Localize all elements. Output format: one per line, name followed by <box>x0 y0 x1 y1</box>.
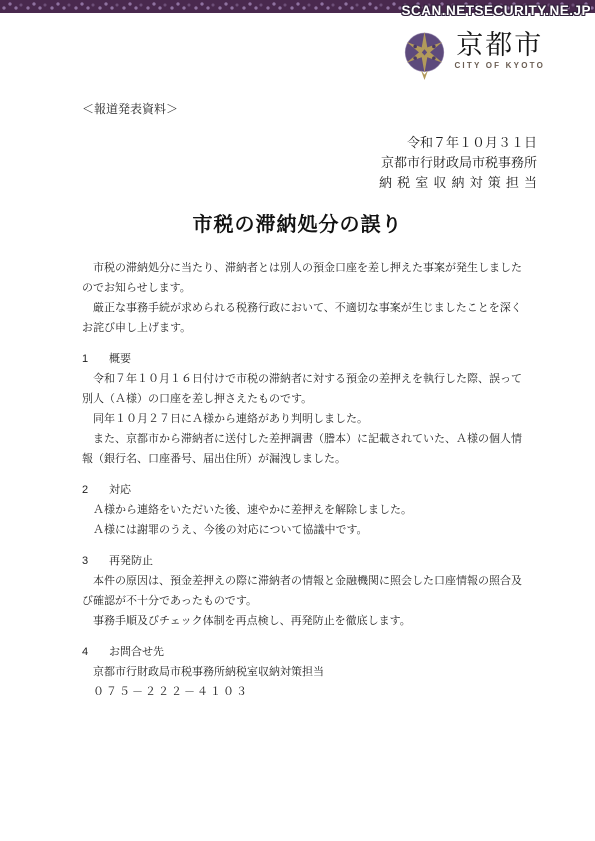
document-body: 市税の滞納処分に当たり、滞納者とは別人の預金口座を差し押えた事案が発生しましたの… <box>82 258 526 702</box>
contact-office: 京都市行財政局市税事務所納税室収納対策担当 <box>82 662 526 682</box>
section-heading-text: 再発防止 <box>109 555 153 567</box>
section-paragraph: 同年１０月２７日にＡ様から連絡があり判明しました。 <box>82 409 526 429</box>
section-number: 4 <box>82 642 109 662</box>
section-heading: 1概要 <box>82 349 526 369</box>
section-paragraph: Ａ様から連絡をいただいた後、速やかに差押えを解除しました。 <box>82 500 526 520</box>
intro-paragraph: 市税の滞納処分に当たり、滞納者とは別人の預金口座を差し押えた事案が発生しましたの… <box>82 258 526 298</box>
header-date-office: 令和７年１０月３１日 京都市行財政局市税事務所 納税室収納対策担当 <box>379 133 537 193</box>
logo-city-name: 京都市 <box>456 30 543 60</box>
section-heading: 3再発防止 <box>82 551 526 571</box>
office-line2: 納税室収納対策担当 <box>379 173 537 193</box>
intro-paragraphs: 市税の滞納処分に当たり、滞納者とは別人の預金口座を差し押えた事案が発生しましたの… <box>82 258 526 338</box>
intro-paragraph: 厳正な事務手続が求められる税務行政において、不適切な事案が生じましたことを深くお… <box>82 298 526 338</box>
section-contact: 4お問合せ先 京都市行財政局市税事務所納税室収納対策担当 ０７５－２２２－４１０… <box>82 642 526 702</box>
section-overview: 1概要 令和７年１０月１６日付けで市税の滞納者に対する預金の差押えを執行した際、… <box>82 349 526 469</box>
kyoto-city-emblem-icon <box>402 30 447 80</box>
contact-phone: ０７５－２２２－４１０３ <box>82 682 526 702</box>
section-number: 1 <box>82 349 109 369</box>
section-paragraph: 令和７年１０月１６日付けで市税の滞納者に対する預金の差押えを執行した際、誤って別… <box>82 369 526 409</box>
section-response: 2対応 Ａ様から連絡をいただいた後、速やかに差押えを解除しました。 Ａ様には謝罪… <box>82 480 526 540</box>
section-heading-text: 対応 <box>109 484 131 496</box>
section-heading: 2対応 <box>82 480 526 500</box>
section-heading-text: 概要 <box>109 353 131 365</box>
kyoto-city-logo: 京都市 CITY OF KYOTO <box>402 30 545 80</box>
section-paragraph: 事務手順及びチェック体制を再点検し、再発防止を徹底します。 <box>82 611 526 631</box>
logo-wordmark: 京都市 CITY OF KYOTO <box>454 30 545 70</box>
section-prevention: 3再発防止 本件の原因は、預金差押えの際に滞納者の情報と金融機関に照会した口座情… <box>82 551 526 631</box>
office-line1: 京都市行財政局市税事務所 <box>379 153 537 173</box>
section-paragraph: Ａ様には謝罪のうえ、今後の対応について協議中です。 <box>82 520 526 540</box>
section-heading: 4お問合せ先 <box>82 642 526 662</box>
section-paragraph: 本件の原因は、預金差押えの際に滞納者の情報と金融機関に照会した口座情報の照合及び… <box>82 571 526 611</box>
section-heading-text: お問合せ先 <box>109 646 164 658</box>
section-paragraph: また、京都市から滞納者に送付した差押調書（謄本）に記載されていた、Ａ様の個人情報… <box>82 429 526 469</box>
section-number: 3 <box>82 551 109 571</box>
doc-type-label: ＜報道発表資料＞ <box>82 100 178 117</box>
page-title: 市税の滞納処分の誤り <box>0 208 595 237</box>
logo-city-name-en: CITY OF KYOTO <box>454 61 545 70</box>
scan-watermark: SCAN.NETSECURITY.NE.JP <box>401 3 591 18</box>
release-date: 令和７年１０月３１日 <box>379 133 537 153</box>
press-release-page: SCAN.NETSECURITY.NE.JP <box>0 0 595 841</box>
section-number: 2 <box>82 480 109 500</box>
